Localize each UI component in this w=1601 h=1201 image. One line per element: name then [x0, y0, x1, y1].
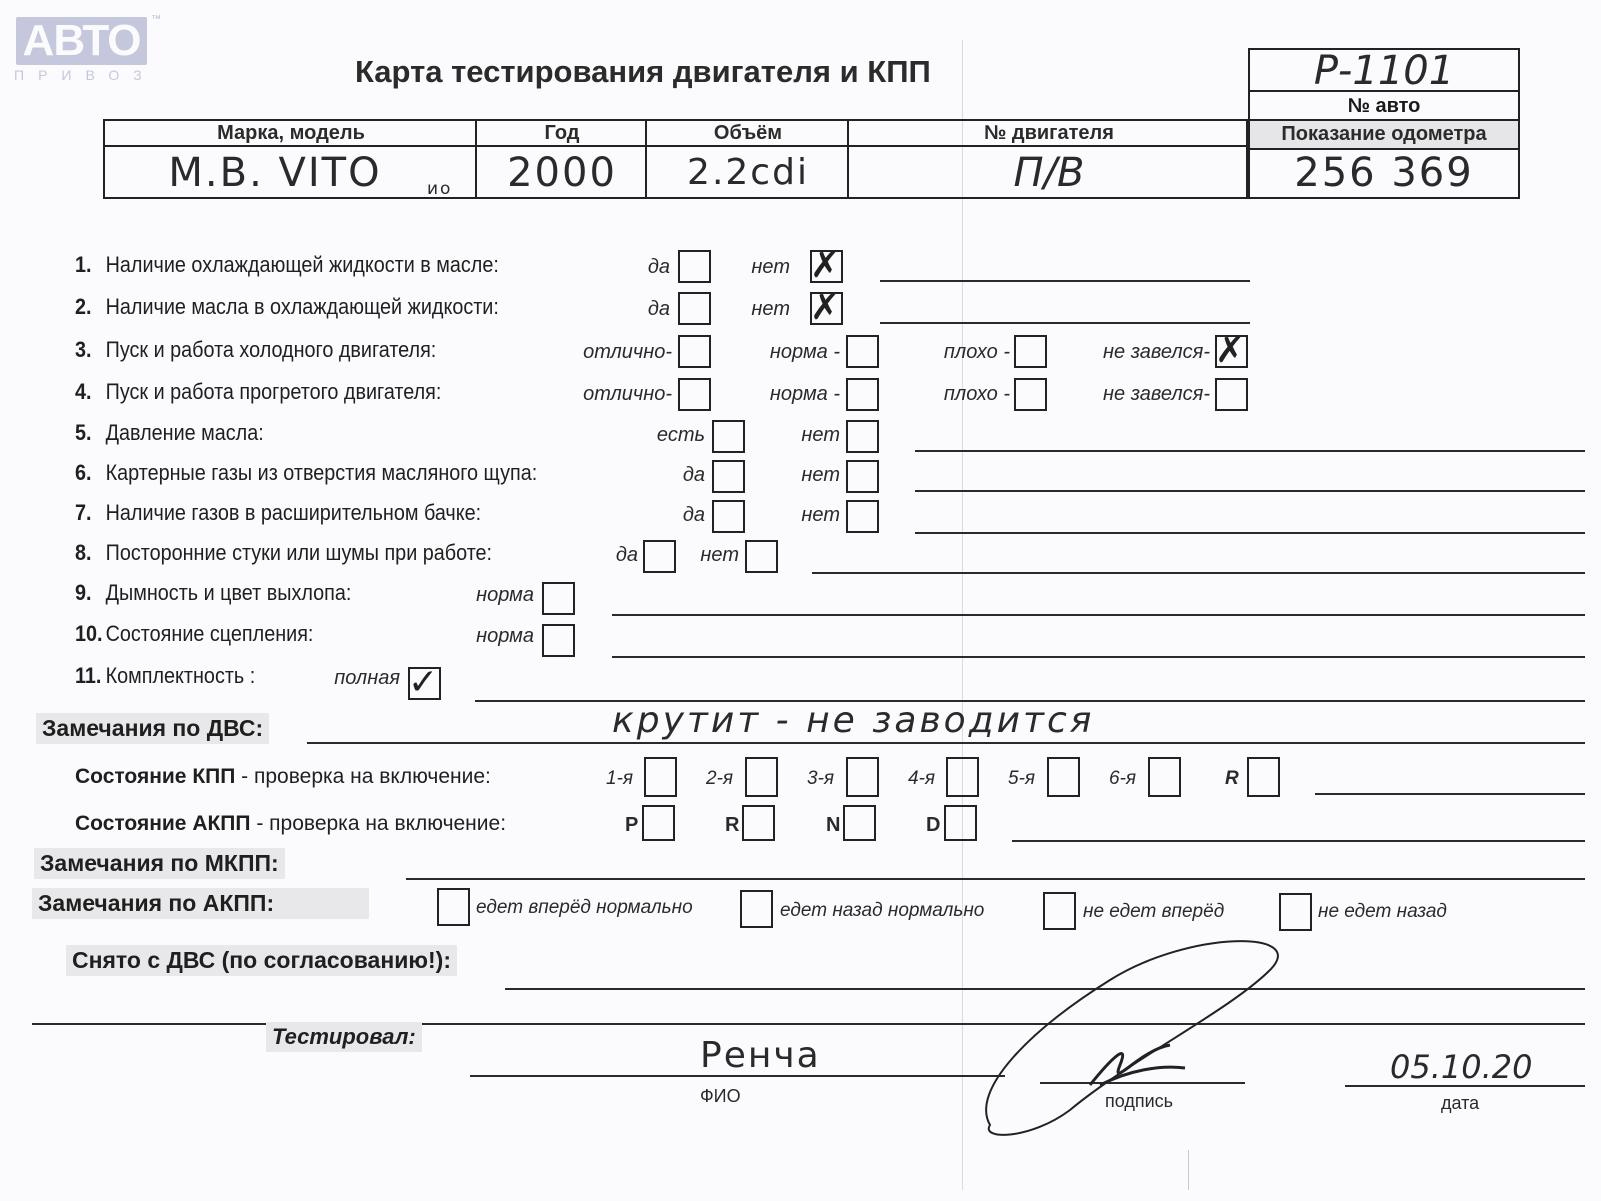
checkbox-q8-no[interactable] — [745, 540, 778, 573]
question-text: Пуск и работа холодного двигателя: — [106, 337, 437, 362]
checkbox-q3-bad[interactable] — [1014, 335, 1047, 368]
check-mark-icon: ✗ — [810, 246, 840, 286]
gear-label: 4-я — [908, 768, 935, 790]
question-3: 3.Пуск и работа холодного двигателя: — [75, 337, 436, 363]
question-number: 3. — [75, 337, 106, 363]
vehicle-info-table: Марка, модель Год Объём № двигателя М.В.… — [103, 119, 1248, 199]
kpp-remark-line — [1315, 793, 1585, 795]
akpp-remark-option: не едет назад — [1318, 901, 1447, 923]
checkbox-q8-yes[interactable] — [643, 540, 676, 573]
checkbox-q1-yes[interactable] — [678, 250, 711, 283]
option-label: норма - — [740, 383, 840, 406]
akpp-remark-option: не едет вперёд — [1083, 901, 1224, 923]
question-10: 10.Состояние сцепления: — [75, 621, 313, 647]
tester-name-value[interactable]: Ренча — [700, 1035, 821, 1076]
checkbox-gear-1[interactable] — [644, 757, 677, 797]
kpp-check-label-bold: Состояние КПП — [75, 765, 235, 788]
question-number: 7. — [75, 500, 106, 526]
logo-trademark: ™ — [151, 14, 161, 25]
date-caption: дата — [1441, 1093, 1479, 1114]
checkbox-q9-normal[interactable] — [542, 582, 575, 615]
checkbox-q4-excellent[interactable] — [678, 378, 711, 411]
question-number: 4. — [75, 379, 106, 405]
question-number: 8. — [75, 540, 106, 566]
dvs-remarks-value[interactable]: крутит - не заводится — [612, 700, 1094, 741]
header-engine-no: № двигателя — [849, 121, 1249, 145]
question-text: Наличие газов в расширительном бачке: — [106, 500, 482, 525]
question-number: 10. — [75, 621, 106, 647]
option-label: полная — [320, 667, 400, 690]
remark-line — [915, 450, 1585, 452]
checkbox-no-reverse[interactable] — [1279, 893, 1312, 931]
option-label: да — [620, 298, 670, 321]
question-number: 11. — [75, 663, 106, 689]
option-label: нет — [740, 256, 790, 279]
option-label: отлично- — [560, 383, 672, 406]
question-text: Картерные газы из отверстия масляного щу… — [106, 460, 538, 485]
question-7: 7.Наличие газов в расширительном бачке: — [75, 500, 481, 526]
checkbox-akpp-p[interactable] — [642, 805, 675, 841]
checkbox-gear-3[interactable] — [846, 757, 879, 797]
question-text: Наличие масла в охлаждающей жидкости: — [106, 294, 499, 319]
checkbox-q3-excellent[interactable] — [678, 335, 711, 368]
checkbox-q5-no[interactable] — [846, 420, 879, 453]
remark-line — [612, 614, 1585, 616]
check-mark-icon: ✗ — [810, 288, 840, 328]
engine-no-value[interactable]: П/В — [849, 147, 1249, 199]
option-label: не завелся- — [1060, 341, 1210, 364]
kpp-check-label-rest: - проверка на включение: — [235, 765, 491, 788]
checkbox-q4-normal[interactable] — [846, 378, 879, 411]
check-mark-icon: ✓ — [408, 663, 438, 703]
checkbox-gear-5[interactable] — [1047, 757, 1080, 797]
option-label: нет — [770, 464, 840, 487]
question-text: Посторонние стуки или шумы при работе: — [106, 540, 492, 565]
question-text: Комплектность : — [106, 663, 256, 688]
model-suffix: ио — [427, 179, 452, 199]
akpp-check-label: Состояние АКПП - проверка на включение: — [75, 812, 506, 836]
question-1: 1.Наличие охлаждающей жидкости в масле: — [75, 252, 499, 278]
option-label: плохо - — [910, 383, 1010, 406]
gear-label: 5-я — [1008, 768, 1035, 790]
question-text: Наличие охлаждающей жидкости в масле: — [106, 252, 499, 277]
option-label: есть — [620, 424, 705, 447]
page-title: Карта тестирования двигателя и КПП — [355, 54, 931, 90]
checkbox-q7-yes[interactable] — [712, 500, 745, 533]
vehicle-number-odometer-block: Р-1101 № авто Показание одометра 256 369 — [1248, 48, 1520, 199]
checkbox-gear-4[interactable] — [946, 757, 979, 797]
mkpp-remarks-label: Замечания по МКПП: — [34, 848, 285, 879]
option-label: да — [590, 544, 638, 567]
checkbox-gear-reverse[interactable] — [1247, 757, 1280, 797]
option-label: нет — [770, 424, 840, 447]
remark-line — [812, 572, 1585, 574]
name-caption: ФИО — [700, 1086, 741, 1107]
option-label: да — [620, 256, 670, 279]
checkbox-reverse-ok[interactable] — [740, 890, 773, 928]
akpp-check-label-bold: Состояние АКПП — [75, 812, 251, 835]
question-9: 9.Дымность и цвет выхлопа: — [75, 580, 351, 606]
gear-label: 6-я — [1109, 768, 1136, 790]
akpp-check-label-rest: - проверка на включение: — [251, 812, 507, 835]
logo-sub: ПРИВОЗ — [14, 67, 156, 83]
question-8: 8.Посторонние стуки или шумы при работе: — [75, 540, 492, 566]
volume-value[interactable]: 2.2cdi — [647, 147, 849, 199]
option-label: норма — [460, 584, 534, 607]
checkbox-akpp-n[interactable] — [843, 805, 876, 841]
mkpp-remarks-line — [406, 878, 1585, 880]
option-label: отлично- — [560, 341, 672, 364]
remark-line — [915, 490, 1585, 492]
checkbox-akpp-d[interactable] — [944, 805, 977, 841]
checkbox-q2-yes[interactable] — [678, 292, 711, 325]
question-4: 4.Пуск и работа прогретого двигателя: — [75, 379, 441, 405]
extra-line — [32, 1023, 1585, 1025]
checkbox-q6-no[interactable] — [846, 460, 879, 493]
signature-caption: подпись — [1105, 1091, 1173, 1112]
akpp-mode-label: P — [625, 814, 638, 837]
checkbox-forward-ok[interactable] — [437, 888, 470, 926]
checkbox-q10-normal[interactable] — [542, 624, 575, 657]
header-year: Год — [477, 121, 647, 145]
odometer-label: Показание одометра — [1250, 119, 1518, 150]
year-value[interactable]: 2000 — [477, 147, 647, 199]
checkbox-q1-no[interactable]: ✗ — [810, 250, 843, 283]
option-label: нет — [685, 544, 739, 567]
checkbox-akpp-r[interactable] — [742, 805, 775, 841]
vehicle-number-label: № авто — [1250, 90, 1518, 121]
option-label: нет — [740, 298, 790, 321]
checkbox-no-forward[interactable] — [1043, 892, 1076, 930]
checkbox-q2-no[interactable]: ✗ — [810, 292, 843, 325]
question-5: 5.Давление масла: — [75, 420, 264, 446]
akpp-remark-line — [1012, 840, 1585, 842]
question-2: 2.Наличие масла в охлаждающей жидкости: — [75, 294, 499, 320]
checkbox-q3-no-start[interactable]: ✗ — [1215, 335, 1248, 368]
checkbox-q4-bad[interactable] — [1014, 378, 1047, 411]
question-text: Состояние сцепления: — [106, 621, 314, 646]
model-value[interactable]: М.В. VITO — [105, 147, 445, 199]
akpp-remark-option: едет назад нормально — [780, 900, 984, 922]
remark-line — [612, 656, 1585, 658]
checkbox-q11-complete[interactable]: ✓ — [408, 667, 441, 700]
question-6: 6.Картерные газы из отверстия масляного … — [75, 460, 537, 486]
question-text: Пуск и работа прогретого двигателя: — [106, 379, 442, 404]
vehicle-number-value[interactable]: Р-1101 — [1250, 50, 1518, 90]
checkbox-gear-6[interactable] — [1148, 757, 1181, 797]
date-value[interactable]: 05.10.20 — [1390, 1048, 1533, 1086]
logo-main: АВТО — [16, 15, 147, 67]
question-number: 1. — [75, 252, 106, 278]
header-model: Марка, модель — [105, 121, 477, 145]
option-label: да — [620, 464, 705, 487]
kpp-check-label: Состояние КПП - проверка на включение: — [75, 765, 491, 789]
tested-by-label: Тестировал: — [266, 1022, 422, 1052]
question-number: 2. — [75, 294, 106, 320]
option-label: да — [620, 504, 705, 527]
remark-line — [880, 280, 1250, 282]
dvs-remarks-line — [307, 742, 1585, 744]
option-label: плохо - — [910, 341, 1010, 364]
gear-label: 3-я — [807, 768, 834, 790]
odometer-value[interactable]: 256 369 — [1250, 148, 1518, 198]
akpp-mode-label: D — [926, 814, 940, 837]
gear-label: R — [1225, 768, 1239, 790]
question-text: Дымность и цвет выхлопа: — [106, 580, 352, 605]
checkbox-q5-yes[interactable] — [712, 420, 745, 453]
option-label: не завелся- — [1060, 383, 1210, 406]
remark-line — [915, 532, 1585, 534]
checkbox-q4-no-start[interactable] — [1215, 378, 1248, 411]
removed-label: Снято с ДВС (по согласованию!): — [66, 945, 457, 976]
gear-label: 2-я — [706, 768, 733, 790]
option-label: норма - — [740, 341, 840, 364]
akpp-remarks-label: Замечания по АКПП: — [32, 888, 369, 919]
checkbox-q6-yes[interactable] — [712, 460, 745, 493]
question-number: 5. — [75, 420, 106, 446]
question-number: 6. — [75, 460, 106, 486]
checkbox-gear-2[interactable] — [745, 757, 778, 797]
paper-fold-line — [1188, 1150, 1189, 1190]
akpp-mode-label: N — [826, 814, 840, 837]
gear-label: 1-я — [606, 768, 633, 790]
check-mark-icon: ✗ — [1215, 331, 1245, 371]
option-label: норма — [460, 625, 534, 648]
akpp-remark-option: едет вперёд нормально — [476, 897, 693, 919]
remark-line — [880, 322, 1250, 324]
checkbox-q3-normal[interactable] — [846, 335, 879, 368]
option-label: нет — [770, 504, 840, 527]
dvs-remarks-label: Замечания по ДВС: — [36, 713, 269, 744]
header-volume: Объём — [647, 121, 849, 145]
question-text: Давление масла: — [106, 420, 264, 445]
checkbox-q7-no[interactable] — [846, 500, 879, 533]
question-number: 9. — [75, 580, 106, 606]
akpp-mode-label: R — [725, 814, 739, 837]
question-11: 11.Комплектность : — [75, 663, 255, 689]
